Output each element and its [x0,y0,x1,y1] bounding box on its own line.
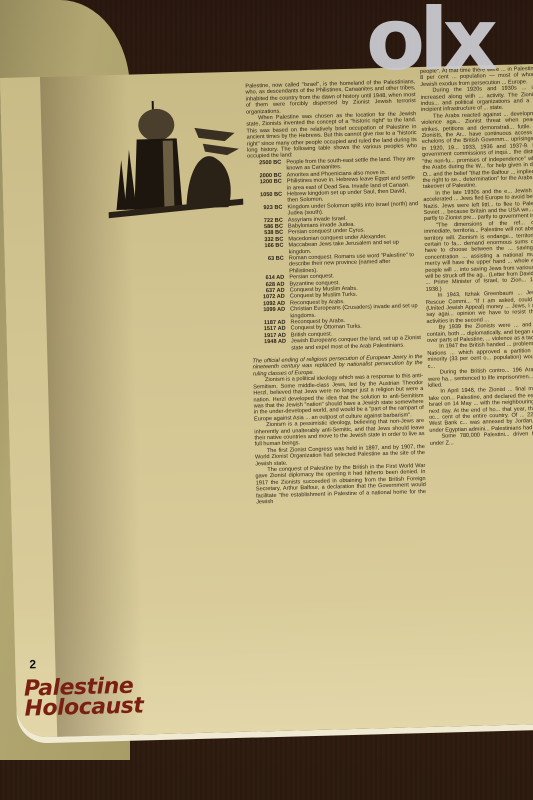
book-page: Palestine, now called "Israel", is the h… [0,63,533,737]
domed-building-illustration [106,97,244,220]
paragraph: Zionism is a political ideology which wa… [253,373,424,422]
paragraph: In the late 1930s and the e... Jewish im… [423,187,533,223]
olx-watermark-logo: olx [366,2,533,78]
occupation-timeline: 2500 BCPeople from the south-east settle… [247,156,422,353]
page-number: 2 [29,657,36,671]
second-text-column: people". At that time there were ... in … [420,65,533,447]
paragraph: When Palestine was chosen as the locatio… [246,111,417,160]
paragraph: The conquest of Palestine by the British… [255,463,426,506]
paragraph: The Arabs reacted against ... developmen… [421,110,533,191]
main-text-column: Palestine, now called "Israel", is the h… [245,79,426,506]
paragraph: Some 780,000 Palestini... driven from th… [429,430,533,446]
paragraph: In April 1948, the Zionist ... final mil… [428,386,533,434]
paragraph: During the British contro... 196 Arab na… [428,366,533,389]
title-line: Holocaust [24,696,143,719]
book-title: Palestine Holocaust [24,676,144,719]
paragraph: By 1939 the Zionists were ... and mobili… [427,322,533,345]
paragraph: In 1947 the British handed ... problem t… [427,341,533,370]
quote-paragraph: "The dimensions of the ref... demand an … [424,219,533,293]
paragraph: In 1943, Itzhak Greenbaum ... Jewish Age… [426,289,533,325]
